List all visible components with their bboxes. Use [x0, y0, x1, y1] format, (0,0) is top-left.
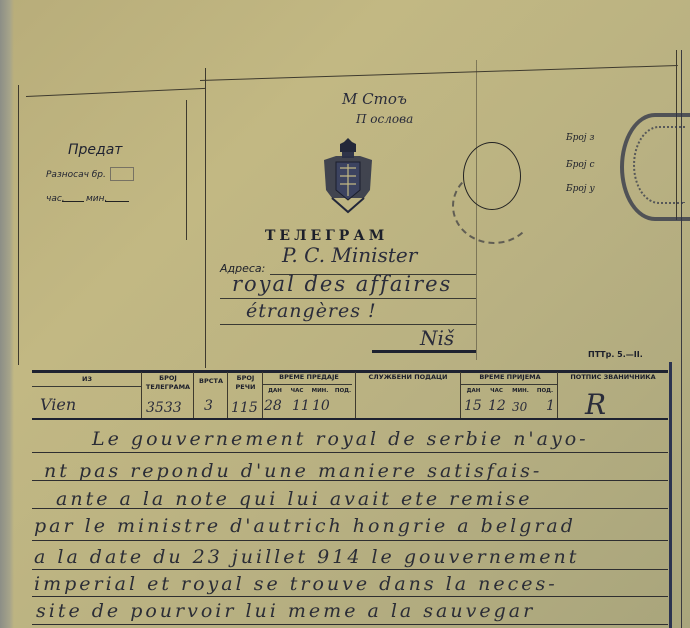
message-rule [32, 569, 668, 570]
paper-edge [0, 0, 14, 628]
hours-field-line [62, 201, 84, 202]
value-received-hour: 12 [488, 398, 506, 414]
address-rule [372, 350, 476, 353]
message-rule [32, 540, 668, 541]
broj-label: Број с [566, 160, 595, 170]
value-word-count: 115 [231, 400, 258, 416]
address-line: Niš [420, 326, 454, 350]
message-line: ante a la note qui lui avait ete remise [30, 488, 690, 510]
message-rule [32, 508, 668, 509]
value-received-min: 30 [512, 400, 527, 414]
message-line: site de pourvoir lui meme a la sauvegar [30, 600, 676, 622]
hours-label: час. [46, 194, 65, 204]
stub-title: Предат [68, 142, 122, 158]
table-rule [32, 386, 142, 387]
table-bottom-rule [32, 418, 668, 420]
address-line: royal des affaires [232, 272, 452, 296]
header-sent-hour: ЧАС [286, 387, 308, 396]
dispatch-label: Разносач бр. [46, 170, 106, 180]
value-kind: 3 [204, 398, 213, 414]
value-telegram-number: 3533 [146, 400, 182, 416]
handwritten-note: М Стоъ [342, 90, 407, 108]
table-divider [227, 372, 228, 418]
postmark-stamp [452, 168, 536, 244]
telegram-sheet: Предат Разносач бр. час. мин. М Стоъ П о… [0, 0, 690, 628]
message-rule [32, 596, 668, 597]
header-from: ИЗ [34, 375, 140, 384]
frame-line [186, 100, 187, 240]
minutes-label: мин. [86, 194, 107, 204]
broj-label: Број у [566, 184, 595, 194]
address-line: P. C. Minister [282, 243, 417, 267]
table-divider [355, 372, 356, 418]
header-sent-day: ДАН [264, 387, 286, 396]
table-rule [262, 384, 352, 385]
table-rule [460, 384, 558, 385]
header-sent-min: МИН. [308, 387, 332, 396]
message-line: nt pas repondu d'une maniere satisfais- [30, 460, 684, 482]
header-received-day: ДАН [462, 387, 485, 396]
value-sent-min: 10 [312, 398, 330, 414]
header-received-min: МИН. [508, 387, 533, 396]
value-sent-day: 28 [264, 398, 282, 414]
message-line: imperial et royal se trouve dans la nece… [30, 573, 674, 595]
message-line: a la date du 23 juillet 914 le gouvernem… [30, 546, 674, 568]
minutes-field-line [105, 201, 129, 202]
frame-line [26, 88, 206, 97]
form-code: ПТТр. 5.—II. [588, 350, 643, 359]
frame-line [200, 65, 678, 81]
official-seal-ring [633, 126, 685, 204]
message-line: par le ministre d'autrich hongrie a belg… [30, 515, 674, 537]
message-rule [32, 480, 668, 481]
header-kind: ВРСТА [195, 377, 227, 386]
operator-signature: R [585, 388, 606, 421]
frame-line [205, 68, 206, 368]
header-sent-time: ВРЕМЕ ПРЕДАЈЕ [264, 373, 354, 382]
handwritten-note: П ослова [356, 112, 413, 126]
table-divider [141, 372, 142, 418]
header-service-data: СЛУЖБЕНИ ПОДАЦИ [357, 373, 459, 382]
table-divider [460, 372, 461, 418]
document-title: ТЕЛЕГРАМ [265, 228, 388, 244]
header-received-time: ВРЕМЕ ПРИЈЕМА [462, 373, 558, 382]
header-received-period: ПОД. [533, 387, 557, 396]
address-rule [220, 324, 476, 325]
value-from: Vien [40, 395, 76, 414]
value-sent-hour: 11 [292, 398, 310, 414]
header-telegram-number: БРОЈ ТЕЛЕГРАМА [143, 374, 193, 392]
value-received-period: 1 [546, 398, 555, 414]
coat-of-arms-icon [320, 138, 376, 218]
frame-line [18, 85, 19, 365]
address-rule [220, 298, 476, 299]
value-received-day: 15 [464, 398, 482, 414]
message-rule [32, 624, 668, 625]
header-word-count: БРОЈ РЕЧИ [229, 374, 262, 392]
header-signature: ПОТПИС ЗВАНИЧНИКА [560, 373, 666, 382]
address-line: étrangères ! [246, 300, 377, 322]
header-sent-period: ПОД. [332, 387, 354, 396]
table-divider [193, 372, 194, 418]
message-line: Le gouvernement royal de serbie n'ayo- [30, 428, 690, 450]
broj-label: Број з [566, 133, 594, 143]
message-rule [32, 452, 668, 453]
table-divider [262, 372, 263, 418]
dispatch-number-box [110, 167, 134, 181]
header-received-hour: ЧАС [485, 387, 508, 396]
